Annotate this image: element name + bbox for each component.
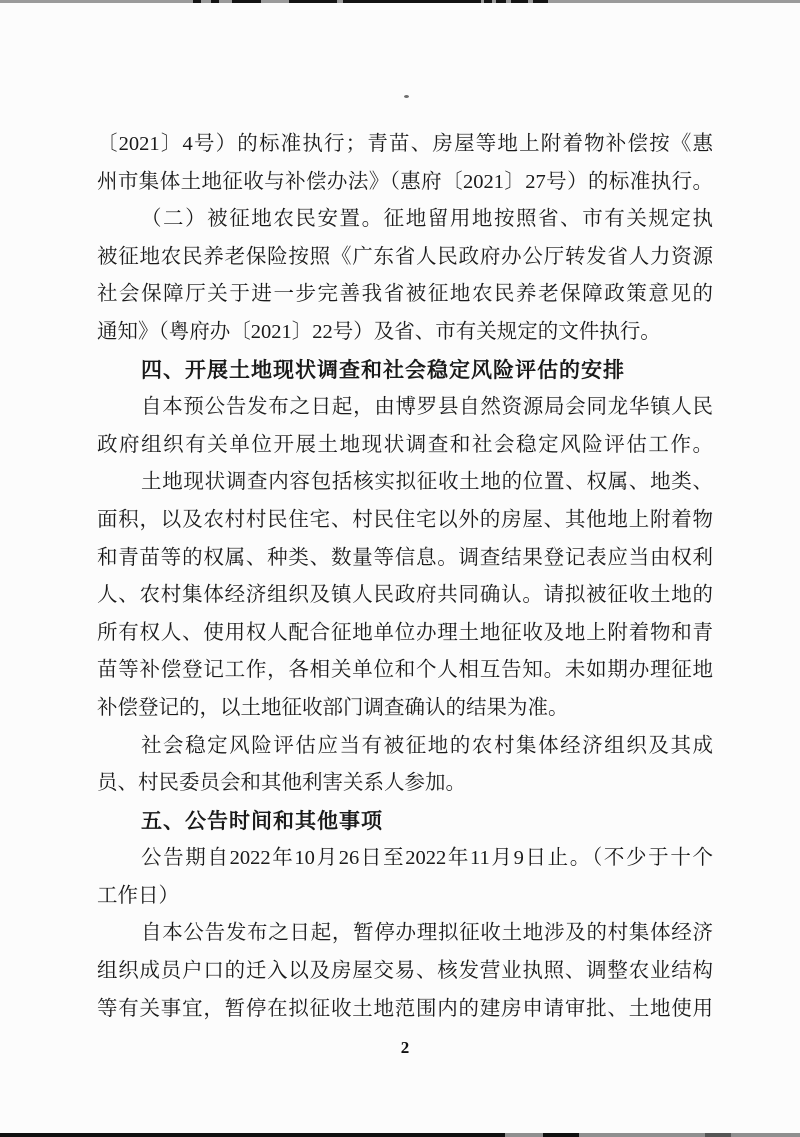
scan-artifact xyxy=(533,0,548,3)
text-line: 土地现状调查内容包括核实拟征收土地的位置、权属、地类、 xyxy=(97,464,713,502)
text-line: 自本预公告发布之日起，由博罗县自然资源局会同龙华镇人民 xyxy=(97,389,713,427)
scan-artifact xyxy=(232,0,261,3)
text-line: 面积，以及农村村民住宅、村民住宅以外的房屋、其他地上附着物 xyxy=(97,502,713,540)
text-line: 组织成员户口的迁入以及房屋交易、核发营业执照、调整农业结构 xyxy=(97,953,713,991)
scan-speck xyxy=(404,95,409,98)
text-line: 等有关事宜，暂停在拟征收土地范围内的建房申请审批、土地使用 xyxy=(97,991,713,1029)
scan-artifact xyxy=(496,0,506,3)
text-line: 政府组织有关单位开展土地现状调查和社会稳定风险评估工作。 xyxy=(97,427,713,465)
text-block: 〔2021〕4号）的标准执行；青苗、房屋等地上附着物补偿按《惠州市集体土地征收与… xyxy=(97,126,713,1028)
page-number: 2 xyxy=(97,1038,713,1058)
text-line: 自本公告发布之日起，暂停办理拟征收土地涉及的村集体经济 xyxy=(97,915,713,953)
scan-edge-top xyxy=(0,0,800,3)
scan-artifact xyxy=(705,1133,731,1137)
scan-artifact xyxy=(211,0,219,3)
text-line: 通知》（粤府办〔2021〕22号）及省、市有关规定的文件执行。 xyxy=(97,314,713,352)
scan-artifact xyxy=(543,1133,579,1137)
scan-artifact xyxy=(343,0,481,3)
text-line: 〔2021〕4号）的标准执行；青苗、房屋等地上附着物补偿按《惠 xyxy=(97,126,713,164)
text-line: 员、村民委员会和其他利害关系人参加。 xyxy=(97,765,713,803)
text-line: （二）被征地农民安置。征地留用地按照省、市有关规定执行； xyxy=(97,201,713,239)
text-line: 社会稳定风险评估应当有被征地的农村集体经济组织及其成 xyxy=(97,728,713,766)
document-page: 〔2021〕4号）的标准执行；青苗、房屋等地上附着物补偿按《惠州市集体土地征收与… xyxy=(0,0,800,1137)
scan-artifact xyxy=(193,0,201,3)
text-line: 和青苗等的权属、种类、数量等信息。调查结果登记表应当由权利 xyxy=(97,540,713,578)
text-line: 苗等补偿登记工作，各相关单位和个人相互告知。未如期办理征地 xyxy=(97,652,713,690)
text-line: 所有权人、使用权人配合征地单位办理土地征收及地上附着物和青 xyxy=(97,615,713,653)
scan-edge-bottom xyxy=(0,1133,800,1137)
text-line: 被征地农民养老保险按照《广东省人民政府办公厅转发省人力资源 xyxy=(97,239,713,277)
text-line: 社会保障厅关于进一步完善我省被征地农民养老保障政策意见的 xyxy=(97,276,713,314)
section-heading: 五、公告时间和其他事项 xyxy=(97,803,713,841)
scan-artifact xyxy=(484,0,492,3)
text-line: 人、农村集体经济组织及镇人民政府共同确认。请拟被征收土地的 xyxy=(97,577,713,615)
scan-artifact xyxy=(0,1133,505,1137)
text-line: 州市集体土地征收与补偿办法》（惠府〔2021〕27号）的标准执行。 xyxy=(97,164,713,202)
text-line: 公告期自2022年10月26日至2022年11月9日止。（不少于十个 xyxy=(97,840,713,878)
scan-artifact xyxy=(511,0,528,3)
scan-artifact xyxy=(289,0,337,3)
text-line: 补偿登记的，以土地征收部门调查确认的结果为准。 xyxy=(97,690,713,728)
section-heading: 四、开展土地现状调查和社会稳定风险评估的安排 xyxy=(97,352,713,390)
text-line: 工作日） xyxy=(97,878,713,916)
